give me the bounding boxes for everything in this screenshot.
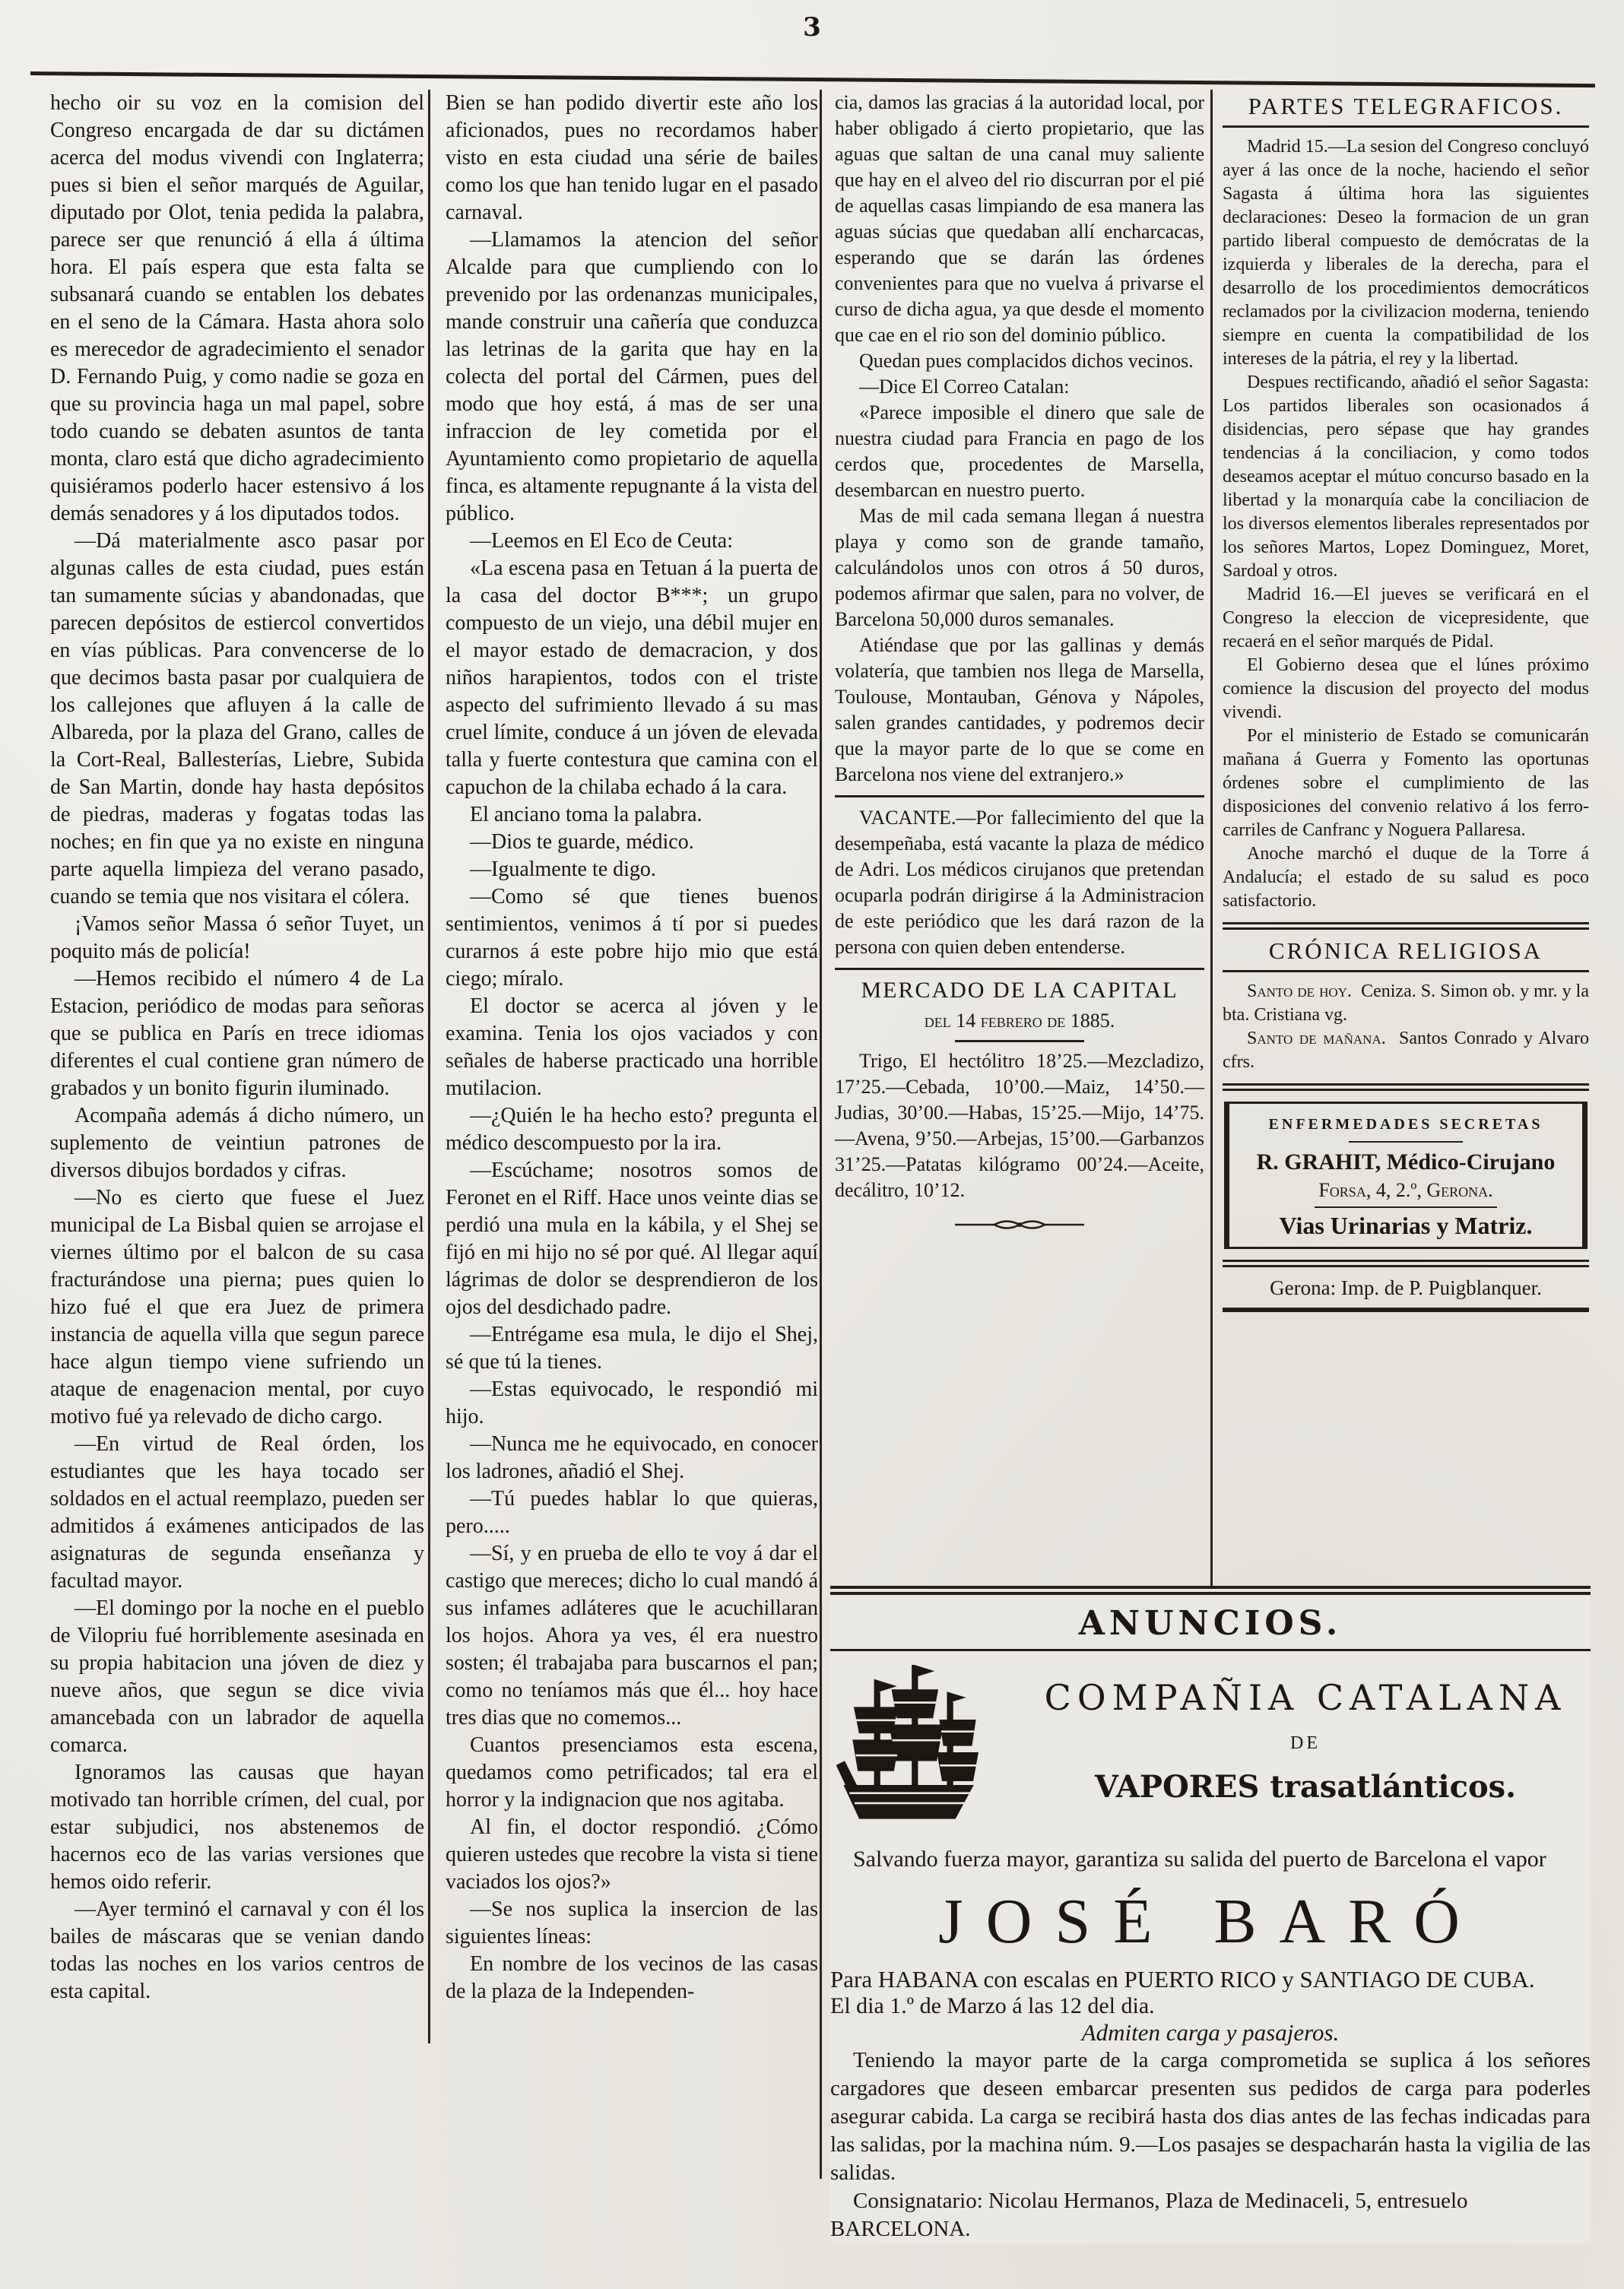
news-paragraph: —Hemos recibido el número 4 de La Estaci… [50, 965, 424, 1102]
news-column-3: cia, damos las gracias á la autoridad lo… [835, 90, 1204, 1240]
saint-of-today: Santo de hoy. Ceniza. S. Simon ob. y mr.… [1223, 980, 1589, 1027]
dialogue-line: —Entrégame esa mula, le dijo el Shej, sé… [446, 1321, 818, 1376]
news-paragraph: —Dice El Correo Catalan: [835, 374, 1204, 400]
dialogue-line: —Como sé que tienes buenos sentimientos,… [446, 883, 818, 993]
news-paragraph: Cuantos presenciamos esta escena, quedam… [446, 1732, 818, 1814]
dialogue-line: —Nunca me he equivocado, en conocer los … [446, 1431, 818, 1485]
news-paragraph: Acompaña además á dicho número, un suple… [50, 1102, 424, 1184]
news-paragraph: —Dá materialmente asco pasar por algunas… [50, 528, 424, 911]
divider-rule [1223, 922, 1589, 930]
news-paragraph: —Llamamos la atencion del señor Alcalde … [446, 227, 818, 528]
market-section-title: MERCADO DE LA CAPITAL [835, 978, 1204, 1003]
departure-date: El dia 1.º de Marzo á las 12 del dia. [830, 1993, 1591, 2019]
news-paragraph: —Leemos en El Eco de Ceuta: [446, 528, 818, 555]
telegram-paragraph: Madrid 16.—El jueves se verificará en el… [1223, 583, 1589, 654]
dialogue-line: —Dios te guarde, médico. [446, 829, 818, 856]
telegraph-section-title: PARTES TELEGRAFICOS. [1223, 94, 1589, 118]
ad-specialty: Vias Urinarias y Matriz. [1235, 1214, 1576, 1238]
divider-rule [955, 1040, 1084, 1042]
news-column-2: Bien se han podido divertir este año los… [446, 90, 818, 2005]
vacancy-notice: VACANTE.—Por fallecimiento del que la de… [835, 805, 1204, 960]
news-paragraph: Atiéndase que por las gallinas y demás v… [835, 632, 1204, 788]
column-divider-1 [428, 90, 430, 2043]
news-paragraph: Al fin, el doctor respondió. ¿Cómo quier… [446, 1814, 818, 1896]
religious-section-title: CRÓNICA RELIGIOSA [1223, 939, 1589, 962]
page-number: 3 [0, 12, 1624, 43]
steamer-name: JOSÉ BARÓ [830, 1885, 1591, 1958]
column-divider-3 [1210, 90, 1213, 1586]
advertisements-section: ANUNCIOS. [830, 1586, 1591, 2243]
admit-line: Admiten carga y pasajeros. [830, 2019, 1591, 2046]
market-prices: Trigo, El hectólitro 18’25.—Mezcladizo, … [835, 1048, 1204, 1203]
divider-rule [1223, 1260, 1589, 1267]
divider-rule [1223, 1308, 1589, 1312]
news-paragraph: cia, damos las gracias á la autoridad lo… [835, 90, 1204, 348]
shipping-company-header: COMPAÑIA CATALANA DE VAPORES trasatlánti… [830, 1651, 1591, 1845]
telegram-paragraph: Anoche marchó el duque de la Torre á And… [1223, 842, 1589, 913]
news-paragraph: Quedan pues complacidos dichos vecinos. [835, 348, 1204, 374]
dialogue-line: —Escúchame; nosotros somos de Feronet en… [446, 1157, 818, 1321]
sailing-ship-icon [836, 1665, 988, 1832]
ads-section-title: ANUNCIOS. [830, 1604, 1591, 1643]
telegram-paragraph: Por el ministerio de Estado se comunicar… [1223, 724, 1589, 842]
news-paragraph: «Parece imposible el dinero que sale de … [835, 400, 1204, 503]
company-type: VAPORES trasatlánticos. [1020, 1769, 1591, 1805]
news-column-1: hecho oir su voz en la comision del Cong… [50, 90, 424, 2005]
news-paragraph: —El domingo por la noche en el pueblo de… [50, 1595, 424, 1759]
company-name-connector: DE [1020, 1733, 1591, 1754]
news-paragraph: El doctor se acerca al jóven y le examin… [446, 993, 818, 1102]
dialogue-line: —Estas equivocado, le respondió mi hijo. [446, 1376, 818, 1431]
saint-of-tomorrow: Santo de mañana. Santos Conrado y Alvaro… [1223, 1027, 1589, 1074]
consignee-line: Consignatario: Nicolau Hermanos, Plaza d… [830, 2187, 1591, 2243]
ad-headline: ENFERMEDADES SECRETAS [1235, 1113, 1576, 1137]
news-paragraph: En nombre de los vecinos de las casas de… [446, 1951, 818, 2005]
cargo-conditions: Teniendo la mayor parte de la carga comp… [830, 2046, 1591, 2187]
dialogue-line: —Igualmente te digo. [446, 856, 818, 883]
company-name: COMPAÑIA CATALANA [1020, 1651, 1591, 1718]
dialogue-line: —Tú puedes hablar lo que quieras, pero..… [446, 1485, 818, 1540]
divider-rule [1315, 1206, 1497, 1208]
saint-label: Santo de hoy. [1247, 981, 1352, 1001]
news-paragraph: —No es cierto que fuese el Juez municipa… [50, 1184, 424, 1431]
divider-ornament-icon [835, 1214, 1204, 1240]
dialogue-line: —¿Quién le ha hecho esto? pregunta el mé… [446, 1102, 818, 1157]
divider-rule [835, 795, 1204, 797]
news-paragraph: Mas de mil cada semana llegan á nuestra … [835, 503, 1204, 632]
ad-address: Forsa, 4, 2.º, Gerona. [1235, 1178, 1576, 1202]
divider-rule [1223, 125, 1589, 128]
newspaper-page: 3 hecho oir su voz en la comision del Co… [0, 0, 1624, 2289]
news-paragraph: —Se nos suplica la insercion de las sigu… [446, 1896, 818, 1951]
route-line: Para HABANA con escalas en PUERTO RICO y… [830, 1966, 1591, 1993]
dialogue-line: —Sí, y en prueba de ello te voy á dar el… [446, 1540, 818, 1732]
divider-rule [1223, 970, 1589, 972]
grahit-advertisement: ENFERMEDADES SECRETAS R. GRAHIT, Médico-… [1224, 1102, 1588, 1249]
news-paragraph: Ignoramos las causas que hayan motivado … [50, 1759, 424, 1896]
market-date: del 14 febrero de 1885. [835, 1008, 1204, 1034]
ad-doctor-name: R. GRAHIT, Médico-Cirujano [1235, 1150, 1576, 1174]
column-divider-2 [820, 90, 822, 2179]
divider-rule [1223, 1083, 1589, 1091]
printer-imprint: Gerona: Imp. de P. Puigblanquer. [1223, 1276, 1589, 1300]
telegram-paragraph: El Gobierno desea que el lúnes próximo c… [1223, 654, 1589, 724]
news-paragraph: «La escena pasa en Tetuan á la puerta de… [446, 555, 818, 801]
saint-label: Santo de mañana. [1247, 1029, 1386, 1048]
news-column-4: PARTES TELEGRAFICOS. Madrid 15.—La sesio… [1223, 90, 1589, 1320]
telegram-paragraph: Despues rectificando, añadió el señor Sa… [1223, 371, 1589, 583]
news-paragraph: —En virtud de Real órden, los estudiante… [50, 1431, 424, 1595]
divider-rule [830, 1586, 1591, 1595]
divider-rule [835, 968, 1204, 970]
news-paragraph: ¡Vamos señor Massa ó señor Tuyet, un poq… [50, 911, 424, 965]
news-paragraph: hecho oir su voz en la comision del Cong… [50, 90, 424, 528]
news-paragraph: Bien se han podido divertir este año los… [446, 90, 818, 227]
divider-rule [1349, 1141, 1463, 1143]
telegram-paragraph: Madrid 15.—La sesion del Congreso conclu… [1223, 135, 1589, 371]
news-paragraph: El anciano toma la palabra. [446, 801, 818, 829]
news-paragraph: —Ayer terminó el carnaval y con él los b… [50, 1896, 424, 2005]
ad-intro-text: Salvando fuerza mayor, garantiza su sali… [830, 1845, 1591, 1874]
header-rule [30, 71, 1595, 87]
